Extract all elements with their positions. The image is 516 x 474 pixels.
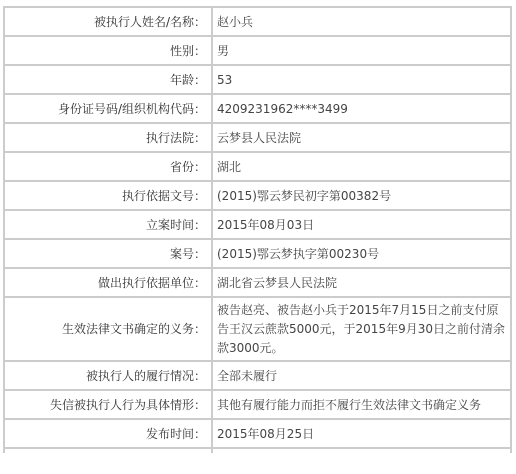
field-label: 执行法院： (4, 123, 212, 152)
table-row-name: 被执行人姓名/名称： 赵小兵 (4, 7, 511, 36)
table-row-obligation: 生效法律文书确定的义务： 被告赵亮、被告赵小兵于2015年7月15日之前支付原告… (4, 297, 511, 361)
field-value: 湖北省云梦县人民法院 (212, 268, 511, 297)
field-value: 湖北 (212, 152, 511, 181)
field-label: 执行依据文号： (4, 181, 212, 210)
field-label: 被执行人姓名/名称： (4, 7, 212, 36)
field-value: 53 (212, 65, 511, 94)
field-value: (2015)鄂云梦执字第00230号 (212, 239, 511, 268)
table-row-performance-status: 被执行人的履行情况： 全部未履行 (4, 361, 511, 390)
field-value: 2015年08月25日 (212, 419, 511, 448)
field-value: 赵小兵 (212, 7, 511, 36)
table-row-dishonest-behavior: 失信被执行人行为具体情形： 其他有履行能力而拒不履行生效法律文书确定义务 (4, 390, 511, 419)
field-label: 省份： (4, 152, 212, 181)
field-label: 身份证号码/组织机构代码： (4, 94, 212, 123)
field-label: 年龄： (4, 65, 212, 94)
field-label: 发布时间： (4, 419, 212, 448)
table-row-publish-date: 发布时间： 2015年08月25日 (4, 419, 511, 448)
field-value-empty (212, 448, 511, 453)
table-row-court: 执行法院： 云梦县人民法院 (4, 123, 511, 152)
field-value: 其他有履行能力而拒不履行生效法律文书确定义务 (212, 390, 511, 419)
table-row-filing-date: 立案时间： 2015年08月03日 (4, 210, 511, 239)
field-value: 全部未履行 (212, 361, 511, 390)
table-row-province: 省份： 湖北 (4, 152, 511, 181)
field-label: 立案时间： (4, 210, 212, 239)
field-value: 云梦县人民法院 (212, 123, 511, 152)
table-row-gender: 性别： 男 (4, 36, 511, 65)
table-row-truncated (4, 448, 511, 453)
table-row-id-number: 身份证号码/组织机构代码： 4209231962****3499 (4, 94, 511, 123)
field-label: 生效法律文书确定的义务： (4, 297, 212, 361)
dishonest-debtor-info-table: 被执行人姓名/名称： 赵小兵 性别： 男 年龄： 53 身份证号码/组织机构代码… (3, 6, 512, 453)
field-label: 失信被执行人行为具体情形： (4, 390, 212, 419)
field-value: 被告赵亮、被告赵小兵于2015年7月15日之前支付原告王汉云蔗款5000元，于2… (212, 297, 511, 361)
table-row-basis-doc-number: 执行依据文号： (2015)鄂云梦民初字第00382号 (4, 181, 511, 210)
field-label-empty (4, 448, 212, 453)
table-row-basis-issuer: 做出执行依据单位： 湖北省云梦县人民法院 (4, 268, 511, 297)
table-row-case-number: 案号： (2015)鄂云梦执字第00230号 (4, 239, 511, 268)
field-label: 被执行人的履行情况： (4, 361, 212, 390)
field-value: 2015年08月03日 (212, 210, 511, 239)
field-value: (2015)鄂云梦民初字第00382号 (212, 181, 511, 210)
table-row-age: 年龄： 53 (4, 65, 511, 94)
field-label: 性别： (4, 36, 212, 65)
field-value: 男 (212, 36, 511, 65)
field-label: 案号： (4, 239, 212, 268)
field-label: 做出执行依据单位： (4, 268, 212, 297)
field-value: 4209231962****3499 (212, 94, 511, 123)
